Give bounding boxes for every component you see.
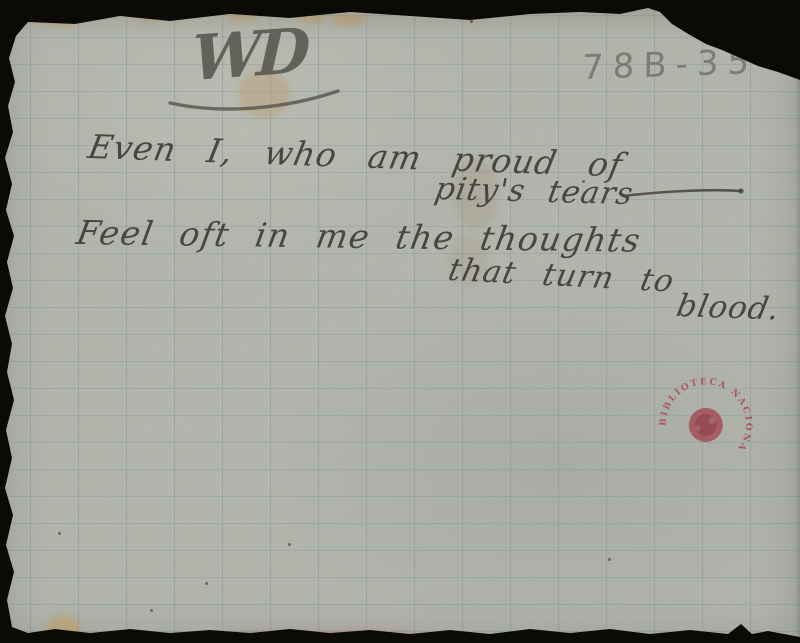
speck <box>58 532 61 535</box>
manuscript-line-2: pity's tears <box>432 174 636 210</box>
torn-grid-paper: WD 78B-35 Even I, who am proud of pity's… <box>0 0 800 643</box>
manuscript-line-4: that turn to <box>445 255 677 297</box>
stain <box>138 11 165 22</box>
speck <box>288 543 291 546</box>
speck <box>150 609 153 612</box>
speck <box>205 582 208 585</box>
speck <box>470 20 473 23</box>
stain <box>46 616 80 640</box>
scanned-manuscript-canvas: WD 78B-35 Even I, who am proud of pity's… <box>0 0 800 643</box>
tears-crossbar-flourish <box>620 184 750 200</box>
stain <box>225 629 420 636</box>
owner-monogram: WD <box>191 20 306 90</box>
manuscript-line-3: Feel oft in me the thoughts <box>74 216 644 257</box>
shelfmark-label: 78B-35 <box>582 45 759 85</box>
library-stamp: BIBLIOTECA NACIONAL <box>636 354 777 495</box>
manuscript-line-5: blood. <box>674 291 783 325</box>
speck <box>608 558 611 561</box>
monogram-underline-flourish <box>166 86 344 116</box>
stain <box>333 13 365 26</box>
stain <box>462 13 484 22</box>
stain <box>35 13 81 26</box>
